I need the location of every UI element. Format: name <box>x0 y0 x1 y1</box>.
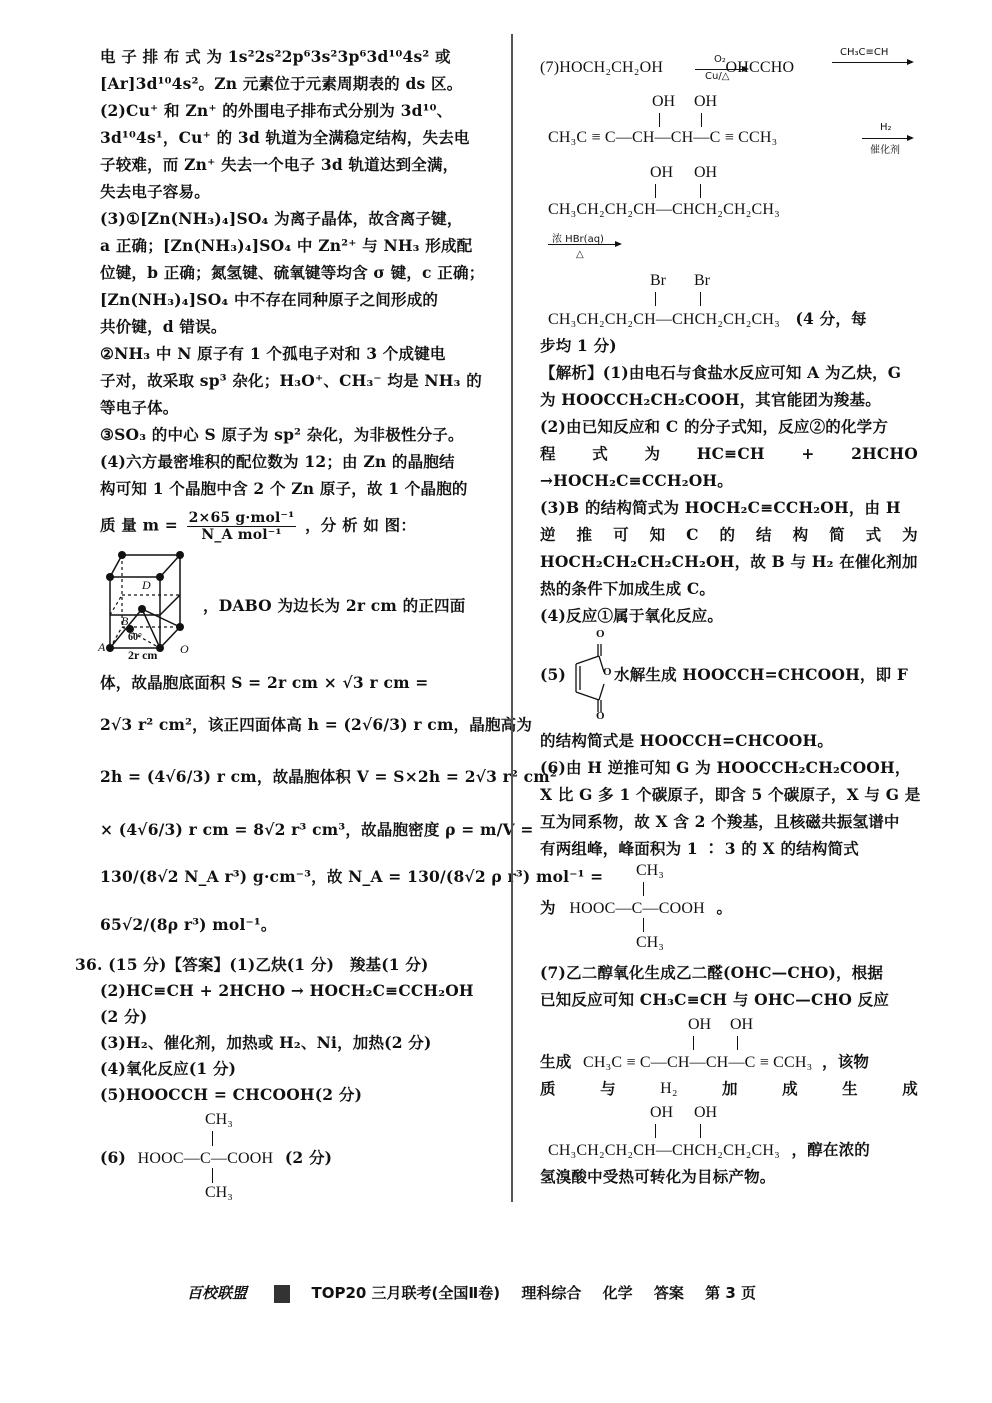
a6-bottom: CH₃ <box>636 934 664 952</box>
word: + <box>801 444 814 464</box>
bond-line <box>643 882 644 896</box>
word: 简 <box>829 525 845 545</box>
text-line: 位键，b 正确；氮氢键、硫氧键等均含 σ 键，c 正确； <box>100 263 484 283</box>
q36-a6-score: (2 分) <box>285 1148 332 1167</box>
oh-branch: OH <box>694 164 717 182</box>
q36-a6-top: CH₃ <box>205 1111 233 1129</box>
a7-formula-line: 生成 CH₃C ≡ C—CH—CH—C ≡ CCH₃ ，该物 <box>540 1052 869 1073</box>
dibromide-line: CH₃CH₂CH₂CH—CHCH₂CH₂CH₃ (4 分，每 <box>548 309 867 330</box>
maleic-anhydride-ring <box>572 642 612 714</box>
arrow <box>832 62 912 63</box>
oh-branch: OH <box>694 1104 717 1122</box>
word: 生 <box>842 1079 858 1099</box>
br-branch: Br <box>694 272 710 290</box>
text-line: [Ar]3d¹⁰4s²。Zn 元素位于元素周期表的 ds 区。 <box>100 74 462 94</box>
calc-line: 2h = (4√6/3) r cm，故晶胞体积 V = S×2h = 2√3 r… <box>100 767 557 787</box>
diol-yne-formula: CH₃C ≡ C—CH—CH—C ≡ CCH₃ <box>548 128 777 148</box>
q36-answer-3: (3)H₂、催化剂，加热或 H₂、Ni，加热(2 分) <box>100 1033 432 1053</box>
oh-branch: OH <box>688 1016 711 1034</box>
br-branch: Br <box>650 272 666 290</box>
oh-branch: OH <box>650 1104 673 1122</box>
a6-formula-line: 为 HOOC—C—COOH 。 <box>540 898 732 919</box>
text-line: 电 子 排 布 式 为 1s²2s²2p⁶3s²3p⁶3d¹⁰4s² 或 <box>100 47 478 67</box>
text-line: 共价键，d 错误。 <box>100 317 227 337</box>
word: 逆 <box>540 525 556 545</box>
bond-line <box>212 1131 213 1146</box>
page-number: 第 3 页 <box>705 1284 756 1302</box>
subject: 理科综合 <box>521 1284 581 1302</box>
a6-suffix: 。 <box>716 898 732 917</box>
label-edge: 2r cm <box>128 648 157 663</box>
text-line: ③SO₃ 的中心 S 原子为 sp² 杂化，为非极性分子。 <box>100 425 464 445</box>
a5-text: 水解生成 HOOCCH=CHCOOH，即 F <box>614 665 908 685</box>
doc-type: 答案 <box>654 1284 684 1302</box>
a5-cont: 的结构简式是 HOOCCH=CHCOOH。 <box>540 731 833 751</box>
word: 成 <box>902 1079 918 1099</box>
analysis-line: 为 HOOCCH₂CH₂COOH，其官能团为羧基。 <box>540 390 881 410</box>
label-d: D <box>142 578 151 593</box>
seal-icon <box>274 1285 290 1303</box>
oh-branch: OH <box>730 1016 753 1034</box>
text-line: 失去电子容易。 <box>100 182 210 202</box>
text-line: (4)六方最密堆积的配位数为 12；由 Zn 的晶胞结 <box>100 452 455 472</box>
label-angle: 60° <box>128 632 142 643</box>
word: 的 <box>720 525 736 545</box>
analysis-line: HOCH₂CH₂CH₂CH₂OH，故 B 与 H₂ 在催化剂加 <box>540 552 918 572</box>
label-b: B <box>121 614 128 629</box>
a7-formula2: CH₃CH₂CH₂CH—CHCH₂CH₂CH₃ <box>548 1142 780 1159</box>
calc-line: 65√2/(8ρ r³) mol⁻¹。 <box>100 915 277 935</box>
text-line: 等电子体。 <box>100 398 179 418</box>
question-number: 36. <box>75 955 103 974</box>
a6-top: CH₃ <box>636 862 664 880</box>
analysis-line: 【解析】(1)由电石与食盐水反应可知 A 为乙炔，G <box>540 363 901 383</box>
text-line: 构可知 1 个晶胞中含 2 个 Zn 原子，故 1 个晶胞的 <box>100 479 468 499</box>
oh-branch: OH <box>694 93 717 111</box>
hcp-cell-diagram <box>100 545 210 665</box>
bond-line <box>737 1036 738 1050</box>
text-line: 3d¹⁰4s¹，Cu⁺ 的 3d 轨道为全满稳定结构，失去电 <box>100 128 470 148</box>
calc-line: 体，故晶胞底面积 S = 2r cm × √3 r cm = <box>100 673 429 693</box>
q36-header: 36. (15 分)【答案】(1)乙炔(1 分) 羧基(1 分) <box>75 955 429 975</box>
text-line: (3)①[Zn(NH₃)₄]SO₄ 为离子晶体，故含离子键， <box>100 209 463 229</box>
bond-line <box>693 1036 694 1050</box>
analysis-spread-line: 逆 推 可 知 C 的 结 构 简 式 为 <box>540 525 918 545</box>
word: 与 <box>600 1079 616 1099</box>
q7-product-1: OHCCHO <box>726 59 795 76</box>
a6-line: (6)由 H 逆推可知 G 为 HOOCCH₂CH₂COOH， <box>540 758 911 778</box>
mass-suffix: ，分 析 如 图： <box>305 516 416 535</box>
word: 2HCHO <box>851 444 918 464</box>
word: 可 <box>613 525 629 545</box>
a5-prefix: (5) <box>540 665 566 685</box>
mass-prefix: 质 量 m = <box>100 516 178 535</box>
mass-denominator: N_A mol⁻¹ <box>201 527 281 543</box>
analysis-line: (4)反应①属于氧化反应。 <box>540 606 723 626</box>
arrow-label: CH₃C≡CH <box>840 47 888 58</box>
text-line: [Zn(NH₃)₄]SO₄ 中不存在同种原子之间形成的 <box>100 290 438 310</box>
ring-oxygen-mid: O <box>603 666 612 678</box>
ring-oxygen-top: O <box>596 628 605 640</box>
bond-line <box>659 113 660 127</box>
ring-oxygen-bottom: O <box>596 710 605 722</box>
a6-line: X 比 G 多 1 个碳原子，即含 5 个碳原子，X 与 G 是 <box>540 785 920 805</box>
bond-line <box>701 113 702 127</box>
word: 加 <box>722 1079 738 1099</box>
word: 结 <box>756 525 772 545</box>
diol-formula: CH₃CH₂CH₂CH—CHCH₂CH₂CH₃ <box>548 200 780 220</box>
a7-line: 已知反应可知 CH₃C≡CH 与 OHC—CHO 反应 <box>540 990 889 1010</box>
diagram-caption: ，DABO 为边长为 2r cm 的正四面 <box>203 596 465 616</box>
word: 为 <box>645 444 661 464</box>
mass-numerator: 2×65 g·mol⁻¹ <box>187 510 297 527</box>
a6-prefix: 为 <box>540 898 556 917</box>
a7-prefix: 生成 <box>540 1052 571 1071</box>
word: 为 <box>902 525 918 545</box>
q36-answer-2: (2)HC≡CH + 2HCHO → HOCH₂C≡CCH₂OH <box>100 981 474 1001</box>
word: 成 <box>782 1079 798 1099</box>
word: C <box>686 525 699 545</box>
bond-line <box>655 184 656 198</box>
analysis-equation-line: 程 式 为 HC≡CH + 2HCHO <box>540 444 918 464</box>
a7-line: (7)乙二醇氧化生成乙二醛(OHC—CHO)，根据 <box>540 963 883 983</box>
text-line: 子较难，而 Zn⁺ 失去一个电子 3d 轨道达到全满， <box>100 155 458 175</box>
a7-suffix: ，该物 <box>822 1052 869 1071</box>
a7-suffix2: ，醇在浓的 <box>792 1140 871 1159</box>
analysis-line: 热的条件下加成生成 C。 <box>540 579 715 599</box>
a7-last: 氢溴酸中受热可转化为目标产物。 <box>540 1167 776 1187</box>
a6-formula: HOOC—C—COOH <box>569 900 705 917</box>
q7-start: (7)HOCH₂CH₂OH <box>540 59 663 76</box>
column-divider <box>511 34 513 1202</box>
arrow-label: Cu/△ <box>705 71 729 82</box>
q7-score: (4 分，每 <box>796 309 867 328</box>
text-line: ②NH₃ 中 N 原子有 1 个孤电子对和 3 个成键电 <box>100 344 446 364</box>
arrow-label: O₂ <box>714 54 726 65</box>
analysis-line: →HOCH₂C≡CCH₂OH。 <box>540 471 733 491</box>
a7-formula2-line: CH₃CH₂CH₂CH—CHCH₂CH₂CH₃ ，醇在浓的 <box>548 1140 870 1161</box>
q36-answer-1: (15 分)【答案】(1)乙炔(1 分) 羧基(1 分) <box>108 955 428 974</box>
calc-line: × (4√6/3) r cm = 8√2 r³ cm³，故晶胞密度 ρ = m/… <box>100 820 534 840</box>
bond-line <box>700 292 701 306</box>
q36-answer-6: (6) HOOC—C—COOH (2 分) <box>100 1148 332 1169</box>
word: 程 <box>540 444 556 464</box>
oh-branch: OH <box>650 164 673 182</box>
word: H₂ <box>660 1079 678 1099</box>
word: 知 <box>650 525 666 545</box>
mass-equation: 质 量 m = 2×65 g·mol⁻¹ N_A mol⁻¹ ，分 析 如 图： <box>100 510 416 543</box>
q36-answer-4: (4)氧化反应(1 分) <box>100 1059 236 1079</box>
word: 式 <box>592 444 608 464</box>
q36-a6-bottom: CH₃ <box>205 1184 233 1202</box>
q36-a6-formula: HOOC—C—COOH <box>138 1150 274 1167</box>
bond-line <box>212 1168 213 1183</box>
calc-line: 130/(8√2 N_A r³) g·cm⁻³，故 N_A = 130/(8√2… <box>100 867 603 887</box>
arrow <box>862 138 912 139</box>
arrow-label: 催化剂 <box>870 141 900 156</box>
q36-answer-5: (5)HOOCCH = CHCOOH(2 分) <box>100 1085 362 1105</box>
text-line: (2)Cu⁺ 和 Zn⁺ 的外围电子排布式分别为 3d¹⁰、 <box>100 101 452 121</box>
a6-line: 互为同系物，故 X 含 2 个羧基，且核磁共振氢谱中 <box>540 812 900 832</box>
q7-step1: (7)HOCH₂CH₂OH OHCCHO <box>540 58 794 78</box>
oh-branch: OH <box>652 93 675 111</box>
bond-line <box>643 918 644 932</box>
bond-line <box>700 184 701 198</box>
a7-spread-line: 质 与 H₂ 加 成 生 成 <box>540 1079 918 1099</box>
dibromide-formula: CH₃CH₂CH₂CH—CHCH₂CH₂CH₃ <box>548 311 780 328</box>
exam-name: TOP20 三月联考(全国Ⅱ卷) <box>311 1284 500 1302</box>
q36-answer-2-score: (2 分) <box>100 1007 147 1027</box>
a6-line: 有两组峰，峰面积为 1 ∶ 3 的 X 的结构简式 <box>540 839 859 859</box>
brand-logo: 百校联盟 <box>187 1284 247 1302</box>
mass-fraction: 2×65 g·mol⁻¹ N_A mol⁻¹ <box>187 510 297 543</box>
q7-score-cont: 步均 1 分) <box>540 336 617 356</box>
arrow-label: 浓 HBr(aq) <box>552 230 604 245</box>
a7-formula: CH₃C ≡ C—CH—CH—C ≡ CCH₃ <box>583 1054 812 1071</box>
word: 式 <box>866 525 882 545</box>
arrow <box>695 69 747 70</box>
label-a: A <box>98 640 105 655</box>
calc-line: 2√3 r² cm²，该正四面体高 h = (2√6/3) r cm，晶胞高为 <box>100 715 532 735</box>
label-o: O <box>180 642 189 657</box>
discipline: 化学 <box>603 1284 633 1302</box>
arrow-label: H₂ <box>880 122 892 133</box>
bond-line <box>700 1124 701 1138</box>
text-line: a 正确；[Zn(NH₃)₄]SO₄ 中 Zn²⁺ 与 NH₃ 形成配 <box>100 236 472 256</box>
analysis-line: (2)由已知反应和 C 的分子式知，反应②的化学方 <box>540 417 888 437</box>
arrow-label: △ <box>576 249 584 260</box>
bond-line <box>655 1124 656 1138</box>
word: HC≡CH <box>697 444 765 464</box>
text-line: 子对，故采取 sp³ 杂化；H₃O⁺、CH₃⁻ 均是 NH₃ 的 <box>100 371 482 391</box>
bond-line <box>655 292 656 306</box>
q36-a6-prefix: (6) <box>100 1148 126 1167</box>
word: 推 <box>577 525 593 545</box>
word: 构 <box>793 525 809 545</box>
word: 质 <box>540 1079 556 1099</box>
page-footer: 百校联盟 TOP20 三月联考(全国Ⅱ卷) 理科综合 化学 答案 第 3 页 <box>187 1282 772 1303</box>
analysis-line: (3)B 的结构简式为 HOCH₂C≡CCH₂OH，由 H <box>540 498 901 518</box>
